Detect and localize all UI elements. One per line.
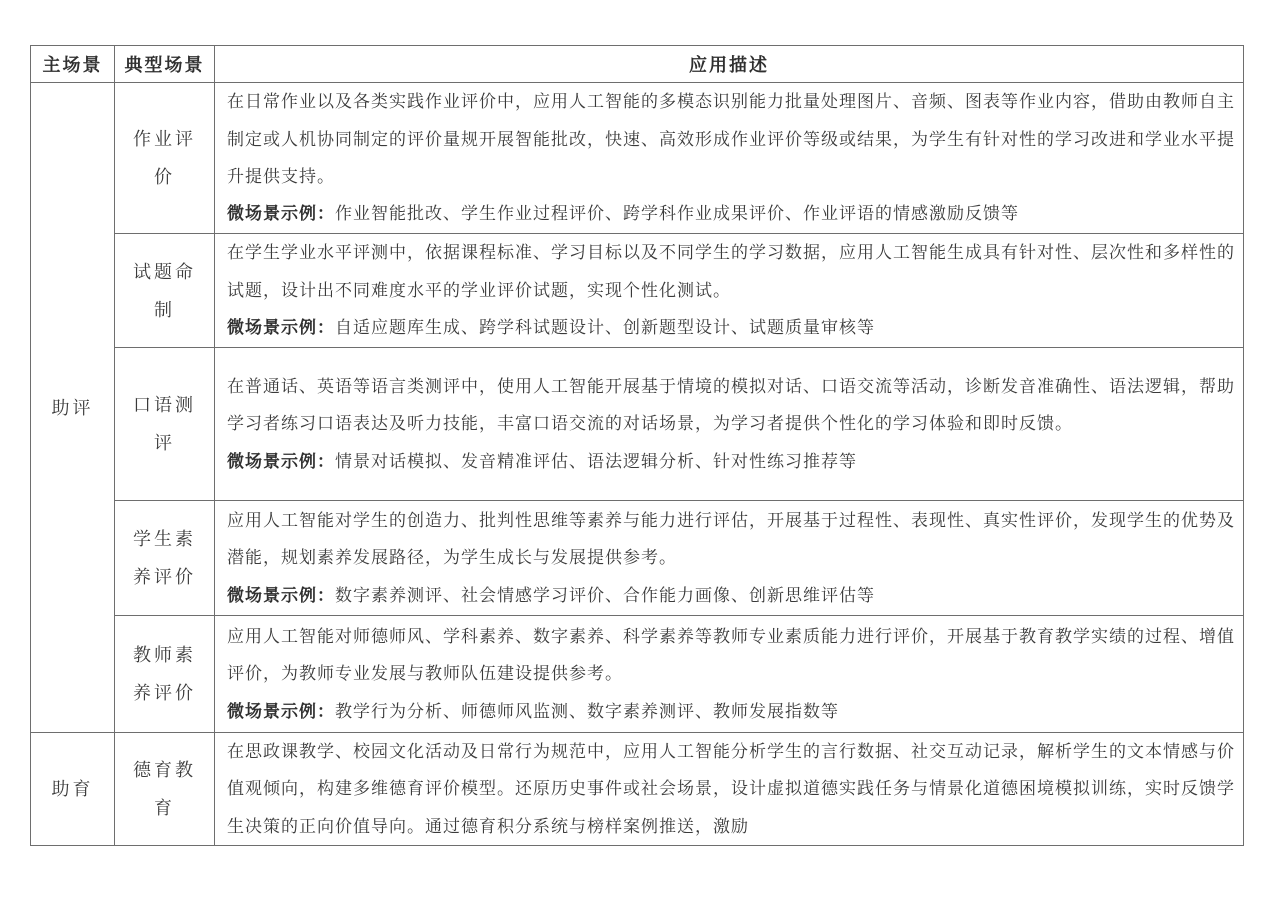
- description-text: 在学生学业水平评测中，依据课程标准、学习目标以及不同学生的学习数据，应用人工智能…: [227, 234, 1235, 309]
- example-text: 情景对话模拟、发音精准评估、语法逻辑分析、针对性练习推荐等: [335, 452, 857, 471]
- table-header-row: 主场景 典型场景 应用描述: [31, 46, 1244, 83]
- table-row: 教师素养评价 应用人工智能对师德师风、学科素养、数字素养、科学素养等教师专业素质…: [31, 616, 1244, 733]
- main-scene-cell-zhuyu: 助育: [31, 733, 115, 846]
- example-line: 微场景示例：情景对话模拟、发音精准评估、语法逻辑分析、针对性练习推荐等: [227, 443, 1235, 480]
- example-line: 微场景示例：数字素养测评、社会情感学习评价、合作能力画像、创新思维评估等: [227, 577, 1235, 614]
- typical-scene-cell: 作业评价: [115, 83, 215, 234]
- table-row: 试题命制 在学生学业水平评测中，依据课程标准、学习目标以及不同学生的学习数据，应…: [31, 234, 1244, 348]
- typical-scene-cell: 教师素养评价: [115, 616, 215, 733]
- description-cell: 应用人工智能对师德师风、学科素养、数字素养、科学素养等教师专业素质能力进行评价，…: [215, 616, 1244, 733]
- typical-scene-cell: 学生素养评价: [115, 501, 215, 616]
- table-row: 助育 德育教育 在思政课教学、校园文化活动及日常行为规范中，应用人工智能分析学生…: [31, 733, 1244, 846]
- description-cell: 在学生学业水平评测中，依据课程标准、学习目标以及不同学生的学习数据，应用人工智能…: [215, 234, 1244, 348]
- header-main-scene: 主场景: [31, 46, 115, 83]
- description-text: 在日常作业以及各类实践作业评价中，应用人工智能的多模态识别能力批量处理图片、音频…: [227, 83, 1235, 195]
- table-row: 助评 作业评价 在日常作业以及各类实践作业评价中，应用人工智能的多模态识别能力批…: [31, 83, 1244, 234]
- description-text: 在普通话、英语等语言类测评中，使用人工智能开展基于情境的模拟对话、口语交流等活动…: [227, 368, 1235, 443]
- example-label: 微场景示例：: [227, 318, 335, 337]
- description-text: 在思政课教学、校园文化活动及日常行为规范中，应用人工智能分析学生的言行数据、社交…: [227, 733, 1235, 845]
- example-text: 作业智能批改、学生作业过程评价、跨学科作业成果评价、作业评语的情感激励反馈等: [335, 204, 1019, 223]
- description-text: 应用人工智能对学生的创造力、批判性思维等素养与能力进行评估，开展基于过程性、表现…: [227, 502, 1235, 577]
- table-row: 学生素养评价 应用人工智能对学生的创造力、批判性思维等素养与能力进行评估，开展基…: [31, 501, 1244, 616]
- example-label: 微场景示例：: [227, 204, 335, 223]
- header-typical-scene: 典型场景: [115, 46, 215, 83]
- example-line: 微场景示例：作业智能批改、学生作业过程评价、跨学科作业成果评价、作业评语的情感激…: [227, 195, 1235, 232]
- table-row: 口语测评 在普通话、英语等语言类测评中，使用人工智能开展基于情境的模拟对话、口语…: [31, 348, 1244, 501]
- main-scene-cell-zhuping: 助评: [31, 83, 115, 733]
- example-label: 微场景示例：: [227, 702, 335, 721]
- description-cell: 应用人工智能对学生的创造力、批判性思维等素养与能力进行评估，开展基于过程性、表现…: [215, 501, 1244, 616]
- header-description: 应用描述: [215, 46, 1244, 83]
- example-line: 微场景示例：自适应题库生成、跨学科试题设计、创新题型设计、试题质量审核等: [227, 309, 1235, 346]
- typical-scene-cell: 德育教育: [115, 733, 215, 846]
- description-text: 应用人工智能对师德师风、学科素养、数字素养、科学素养等教师专业素质能力进行评价，…: [227, 618, 1235, 693]
- application-scenarios-table: 主场景 典型场景 应用描述 助评 作业评价 在日常作业以及各类实践作业评价中，应…: [30, 45, 1244, 846]
- document-page: 主场景 典型场景 应用描述 助评 作业评价 在日常作业以及各类实践作业评价中，应…: [0, 0, 1280, 904]
- typical-scene-cell: 口语测评: [115, 348, 215, 501]
- example-text: 自适应题库生成、跨学科试题设计、创新题型设计、试题质量审核等: [335, 318, 875, 337]
- example-text: 数字素养测评、社会情感学习评价、合作能力画像、创新思维评估等: [335, 586, 875, 605]
- typical-scene-cell: 试题命制: [115, 234, 215, 348]
- description-cell: 在普通话、英语等语言类测评中，使用人工智能开展基于情境的模拟对话、口语交流等活动…: [215, 348, 1244, 501]
- example-line: 微场景示例：教学行为分析、师德师风监测、数字素养测评、教师发展指数等: [227, 693, 1235, 730]
- description-cell: 在思政课教学、校园文化活动及日常行为规范中，应用人工智能分析学生的言行数据、社交…: [215, 733, 1244, 846]
- example-label: 微场景示例：: [227, 452, 335, 471]
- example-label: 微场景示例：: [227, 586, 335, 605]
- example-text: 教学行为分析、师德师风监测、数字素养测评、教师发展指数等: [335, 702, 839, 721]
- description-cell: 在日常作业以及各类实践作业评价中，应用人工智能的多模态识别能力批量处理图片、音频…: [215, 83, 1244, 234]
